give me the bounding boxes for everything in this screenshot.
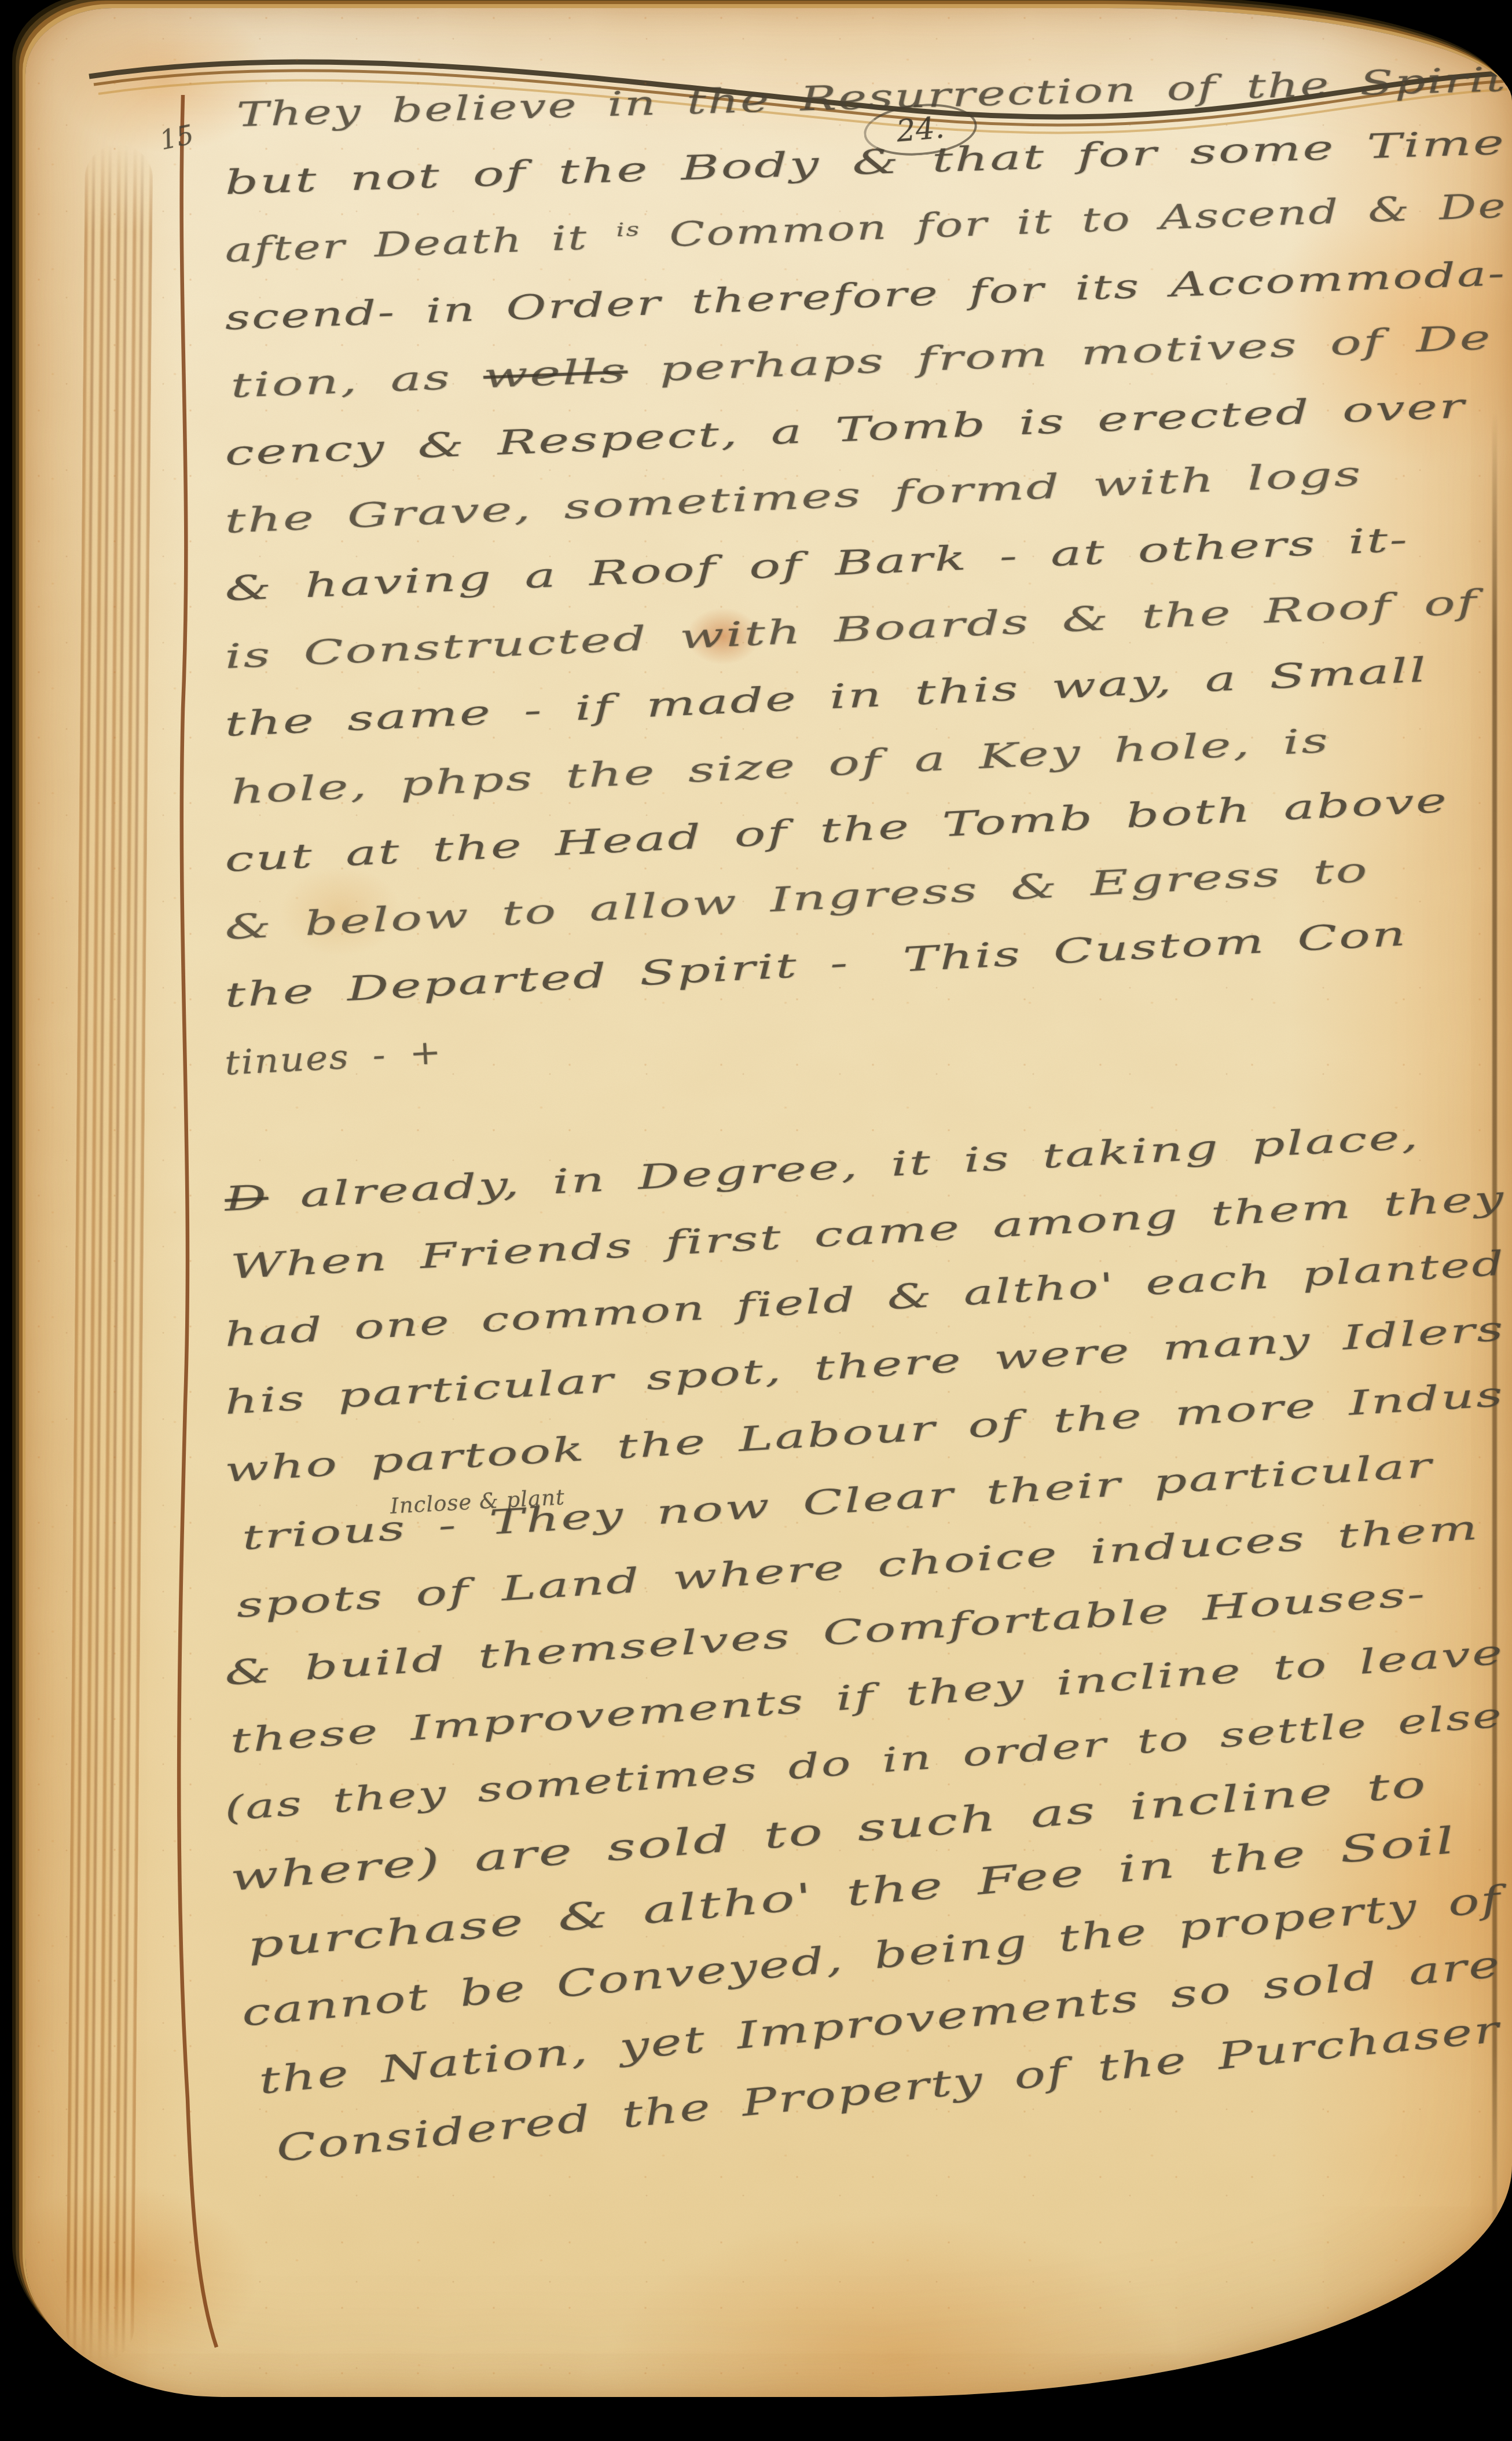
manuscript-line: Considered the Property of the Purchaser: [277, 2128, 1505, 2196]
paragraph: D already, in Degree, it is taking place…: [225, 1179, 1505, 2196]
paragraph: They believe in the Resurrection of the …: [225, 95, 1505, 1111]
text-segment: is: [616, 218, 641, 241]
text-segment: They believe in the Resurrection of the …: [236, 60, 1508, 134]
manuscript-line: tinues - +: [225, 1043, 1505, 1111]
text-segment: D: [224, 1177, 270, 1219]
scanned-page: 15 24. They believe in the Resurrection …: [0, 0, 1512, 2441]
handwritten-text: They believe in the Resurrection of the …: [236, 60, 1508, 134]
manuscript-text: They believe in the Resurrection of the …: [225, 95, 1505, 2196]
margin-folio-number: 15: [157, 119, 196, 156]
fore-edge-striations: [65, 144, 153, 2362]
manuscript-page: 15 24. They believe in the Resurrection …: [25, 8, 1512, 2397]
margin-rule-line: [179, 95, 216, 2347]
text-segment: wells: [483, 351, 629, 396]
